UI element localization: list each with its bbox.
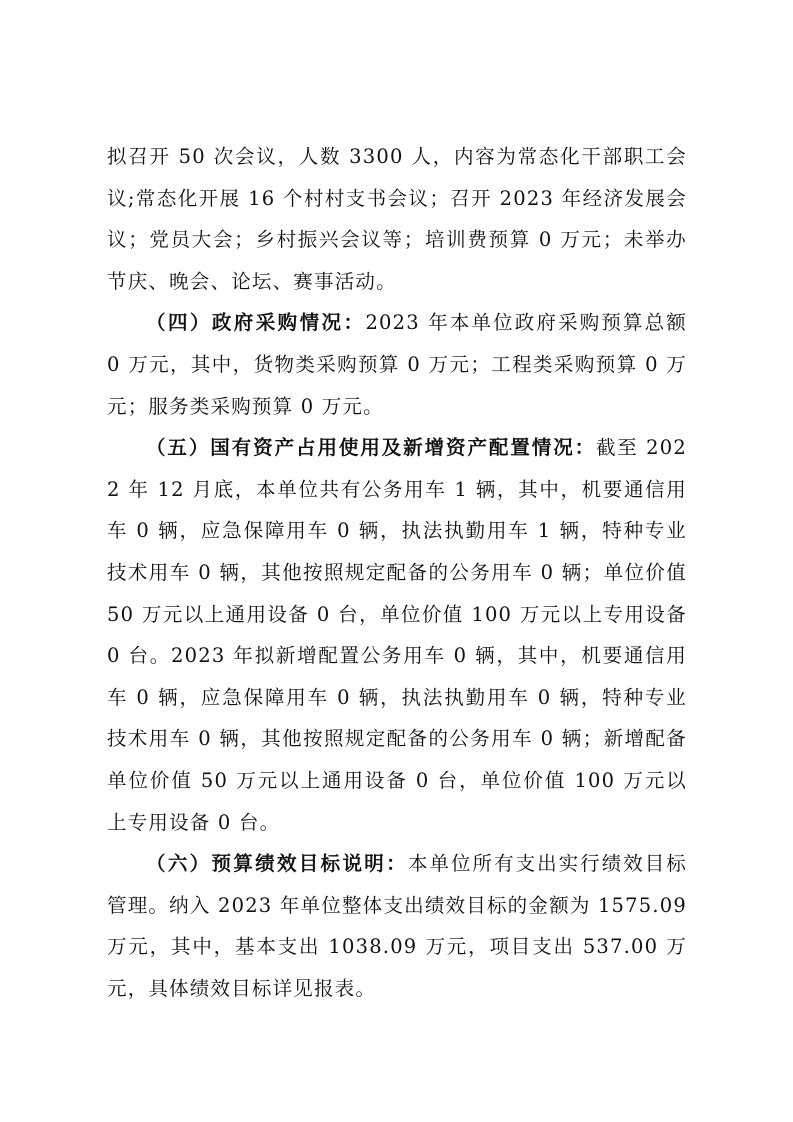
paragraph-text: 拟召开 50 次会议，人数 3300 人，内容为常态化干部职工会议;常态化开展 … [107, 145, 687, 293]
section-heading-performance: （六）预算绩效目标说明： [146, 852, 408, 875]
section-heading-assets: （五）国有资产占用使用及新增资产配置情况： [146, 436, 596, 459]
document-page: 拟召开 50 次会议，人数 3300 人，内容为常态化干部职工会议;常态化开展 … [107, 136, 687, 1009]
paragraph-text: 截至 2022 年 12 月底，本单位共有公务用车 1 辆，其中，机要通信用车 … [107, 436, 687, 833]
paragraph-government-procurement: （四）政府采购情况：2023 年本单位政府采购预算总额 0 万元，其中，货物类采… [107, 302, 687, 427]
paragraph-performance-goals: （六）预算绩效目标说明：本单位所有支出实行绩效目标管理。纳入 2023 年单位整… [107, 843, 687, 1009]
paragraph-meetings: 拟召开 50 次会议，人数 3300 人，内容为常态化干部职工会议;常态化开展 … [107, 136, 687, 302]
paragraph-state-assets: （五）国有资产占用使用及新增资产配置情况：截至 2022 年 12 月底，本单位… [107, 427, 687, 843]
section-heading-procurement: （四）政府采购情况： [146, 311, 365, 334]
